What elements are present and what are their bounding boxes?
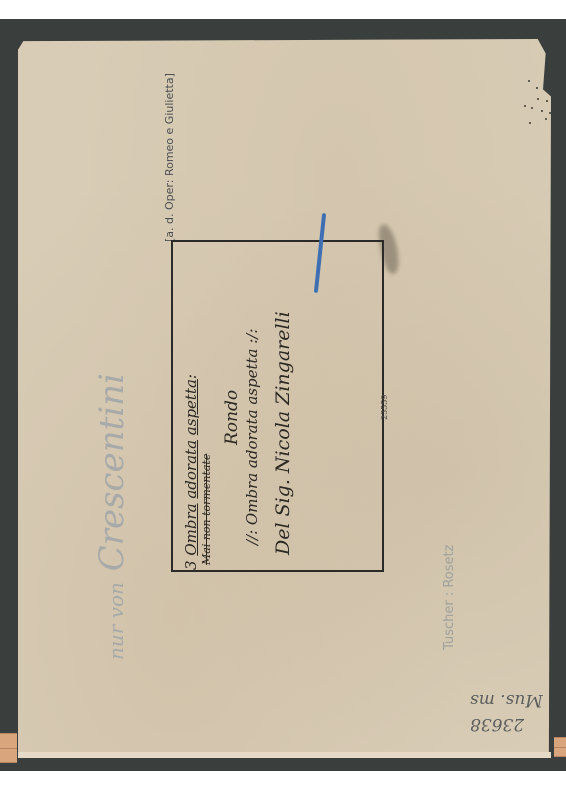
- title-line-1: 3 Ombra adorata aspetta:: [182, 374, 200, 570]
- page-edge: [18, 752, 551, 758]
- composer-annotation: nur von Crescentini: [92, 373, 132, 660]
- shelfmark: 23638 Mus. ms: [470, 688, 543, 736]
- binding-tab-right: [554, 737, 566, 757]
- title-line-incipit: //: Ombra adorata aspetta :/:: [243, 329, 261, 545]
- title-line-composer: Del Sig. Nicola Zingarelli: [272, 311, 294, 555]
- opera-reference: [a. d. Oper: Romeo e Giulietta]: [163, 73, 176, 242]
- catalogue-number: 23559: [380, 395, 389, 420]
- pencil-note: Tuscher : Rosetz: [442, 545, 457, 650]
- title-line-2-struck: Mai non tormentate: [200, 454, 213, 565]
- title-line-rondo: Rondo: [222, 390, 242, 445]
- binding-tab-left: [0, 733, 17, 763]
